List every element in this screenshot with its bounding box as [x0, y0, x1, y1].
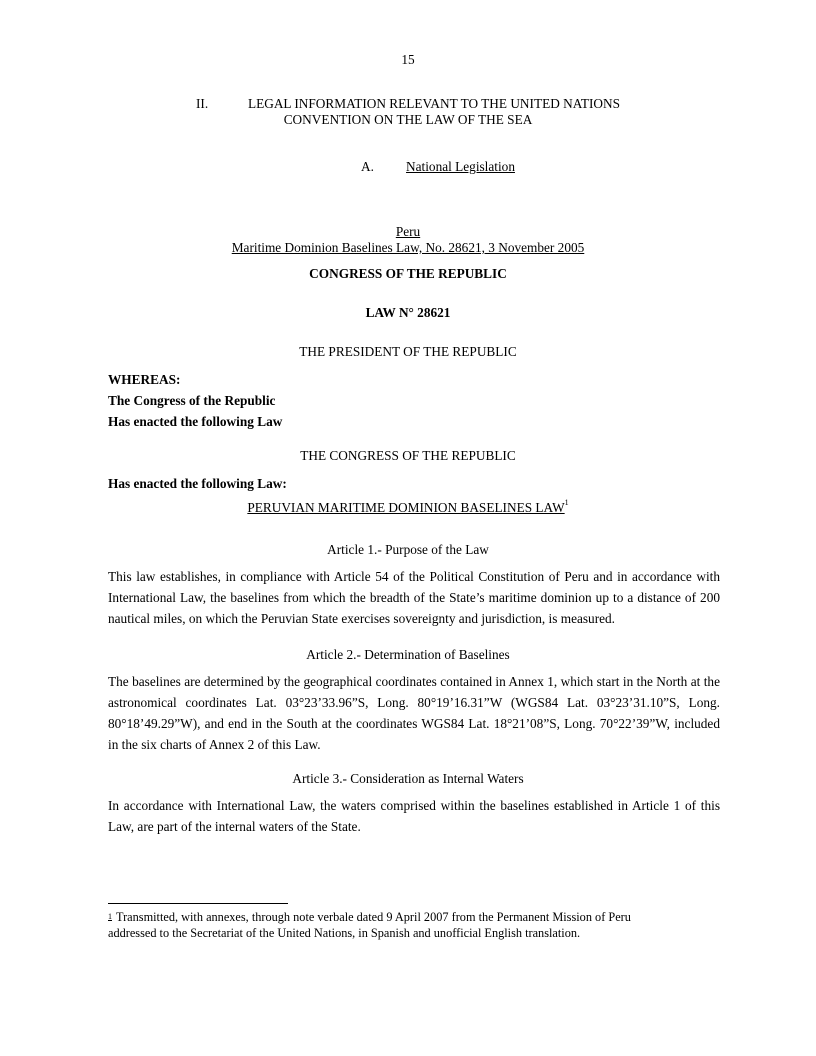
whereas-line-2: Has enacted the following Law: [108, 411, 282, 432]
congress-of-republic-heading: THE CONGRESS OF THE REPUBLIC: [0, 448, 816, 464]
article-3-text: In accordance with International Law, th…: [108, 795, 720, 837]
whereas-line-1: The Congress of the Republic: [108, 390, 282, 411]
country-heading: Peru: [0, 224, 816, 240]
footnote: 1Transmitted, with annexes, through note…: [108, 909, 668, 941]
law-title-text: PERUVIAN MARITIME DOMINION BASELINES LAW: [247, 500, 564, 515]
subsection-heading: A.National Legislation: [30, 159, 816, 175]
footnote-mark: 1: [108, 912, 112, 921]
section-title-text: LEGAL INFORMATION RELEVANT TO THE UNITED…: [248, 96, 620, 111]
footnote-text: Transmitted, with annexes, through note …: [108, 910, 631, 940]
enacted-label: Has enacted the following Law:: [108, 473, 287, 494]
subsection-number: A.: [361, 159, 406, 175]
article-1-heading: Article 1.- Purpose of the Law: [0, 542, 816, 558]
footnote-separator: [108, 903, 288, 904]
law-citation: Maritime Dominion Baselines Law, No. 286…: [0, 240, 816, 256]
footnote-reference[interactable]: 1: [565, 498, 569, 507]
congress-heading: CONGRESS OF THE REPUBLIC: [0, 266, 816, 282]
article-3-heading: Article 3.- Consideration as Internal Wa…: [0, 771, 816, 787]
article-1-text: This law establishes, in compliance with…: [108, 566, 720, 629]
article-2-text: The baselines are determined by the geog…: [108, 671, 720, 755]
article-2-heading: Article 2.- Determination of Baselines: [0, 647, 816, 663]
law-title: PERUVIAN MARITIME DOMINION BASELINES LAW…: [0, 500, 816, 516]
whereas-block: WHEREAS: The Congress of the Republic Ha…: [108, 369, 282, 432]
whereas-label: WHEREAS:: [108, 369, 282, 390]
president-heading: THE PRESIDENT OF THE REPUBLIC: [0, 344, 816, 360]
section-heading: II.LEGAL INFORMATION RELEVANT TO THE UNI…: [0, 96, 816, 128]
section-title-line-2: CONVENTION ON THE LAW OF THE SEA: [0, 112, 816, 128]
law-number: LAW N° 28621: [0, 305, 816, 321]
subsection-title: National Legislation: [406, 159, 515, 174]
section-title-line-1: II.LEGAL INFORMATION RELEVANT TO THE UNI…: [0, 96, 816, 112]
page-number: 15: [0, 52, 816, 68]
section-number: II.: [196, 96, 248, 112]
